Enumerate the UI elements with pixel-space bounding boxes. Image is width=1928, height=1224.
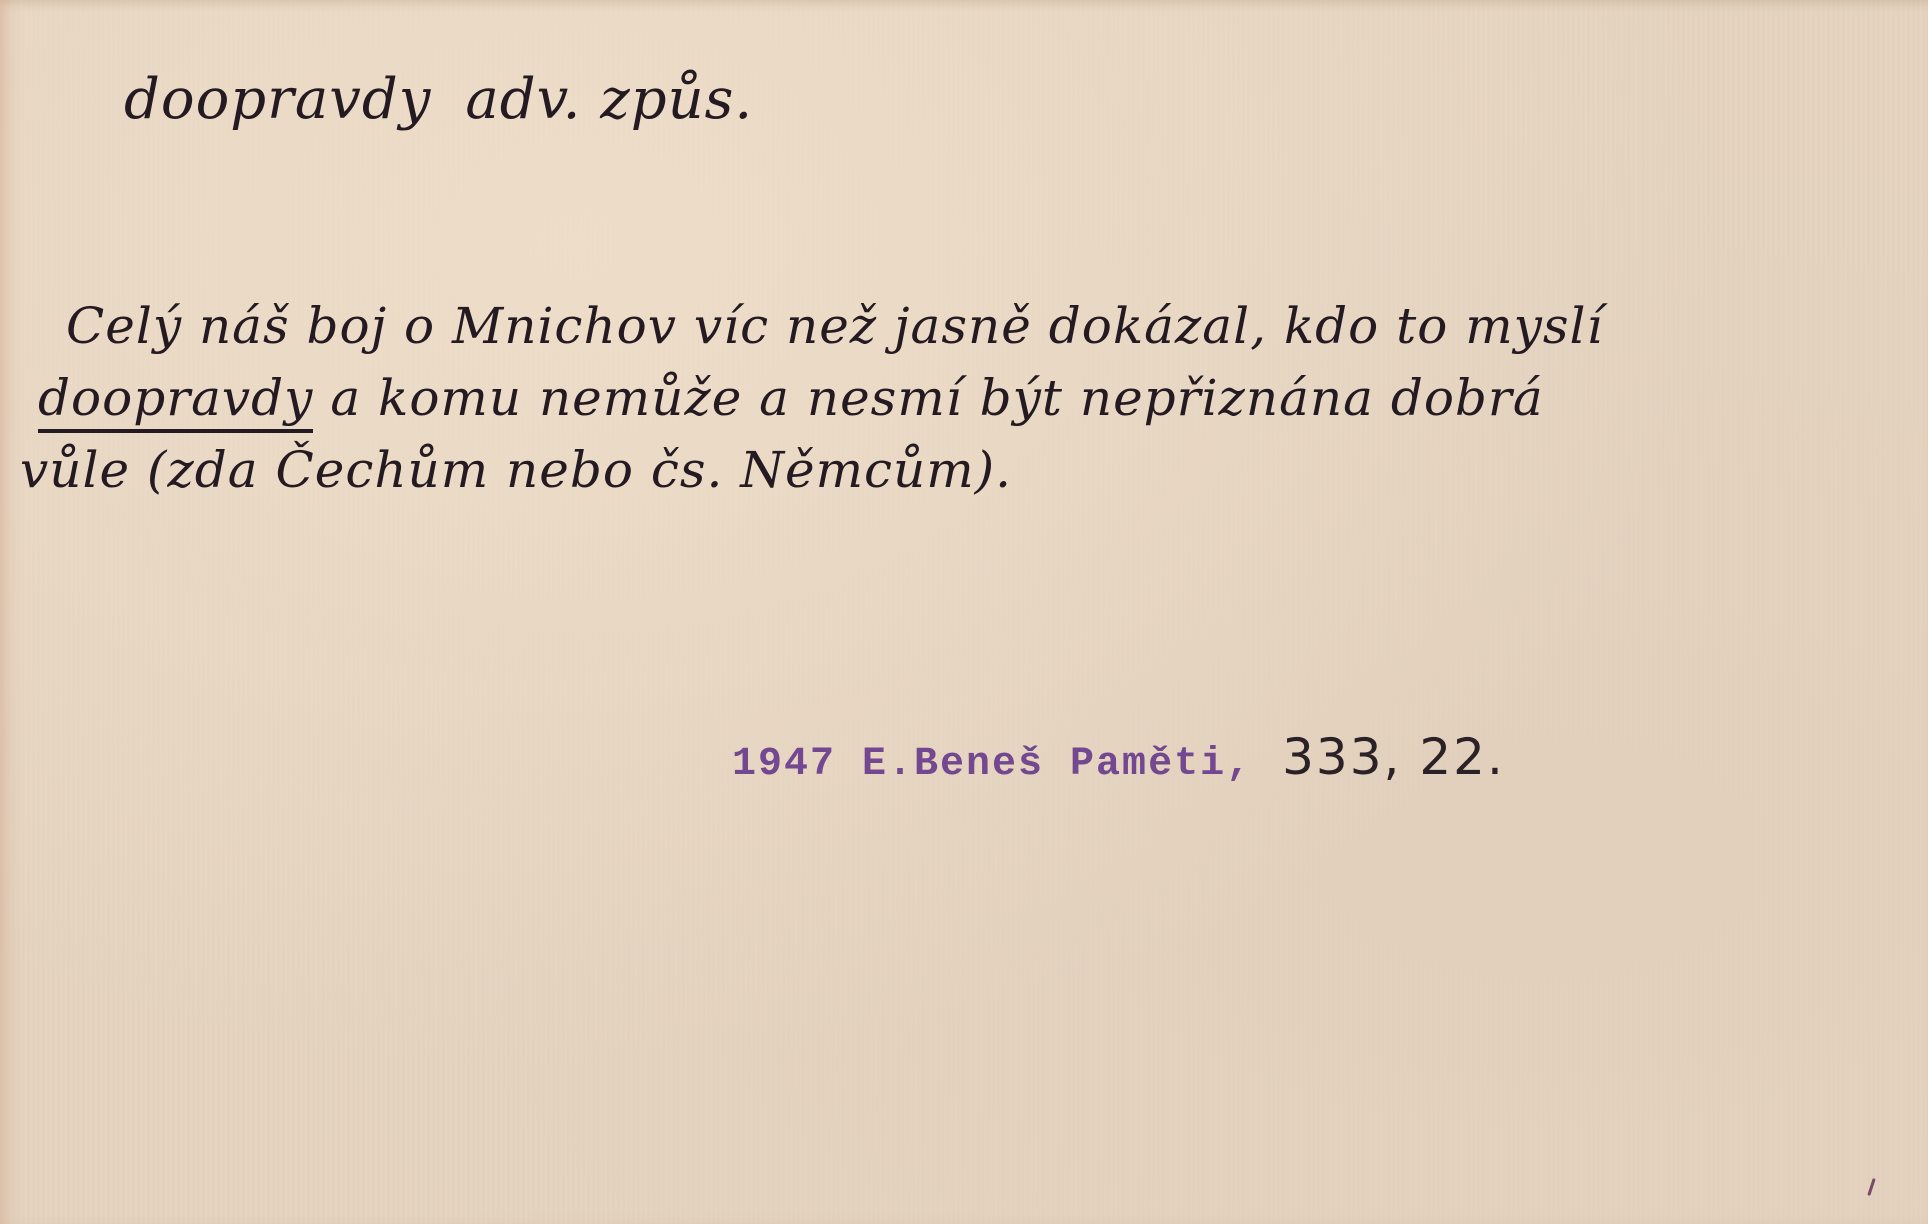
citation-line-2: doopravdy a komu nemůže a nesmí být nepř…: [38, 362, 1908, 434]
page-line-reference: 333, 22.: [1282, 728, 1505, 786]
citation-line-1: Celý náš boj o Mnichov víc než jasně dok…: [38, 290, 1908, 362]
source-stamp: 1947 E.Beneš Paměti: [732, 742, 1226, 787]
citation-line-2-rest: a komu nemůže a nesmí být nepřiznána dob…: [313, 369, 1543, 427]
headword: doopravdy: [124, 67, 431, 132]
part-of-speech: adv. způs.: [465, 67, 753, 132]
stamp-separator: ,: [1226, 742, 1252, 787]
citation-line-3: vůle (zda Čechům nebo čs. Němcům).: [20, 434, 1908, 506]
headword-line: doopravdyadv. způs.: [124, 60, 753, 140]
index-card: doopravdyadv. způs. Celý náš boj o Mnich…: [0, 0, 1928, 1224]
paper-speck: [1867, 1178, 1875, 1196]
source-reference: 1947 E.Beneš Paměti , 333, 22.: [732, 728, 1505, 787]
citation-text: Celý náš boj o Mnichov víc než jasně dok…: [38, 290, 1908, 506]
underlined-headword: doopravdy: [38, 369, 313, 433]
